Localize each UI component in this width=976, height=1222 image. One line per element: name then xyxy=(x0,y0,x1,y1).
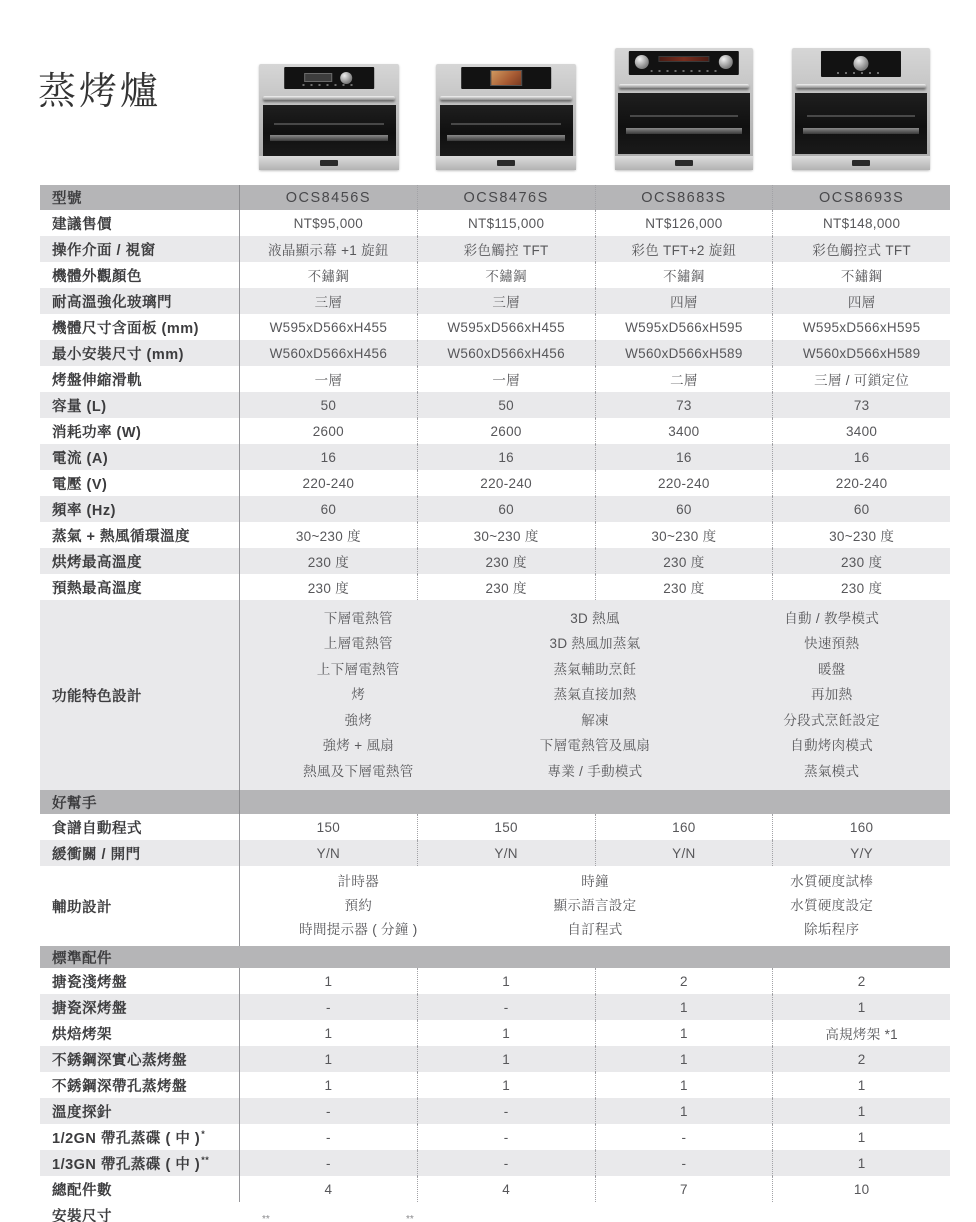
spec-value: 220-240 xyxy=(417,470,595,496)
spec-value: Y/N xyxy=(595,840,773,866)
spec-value: 彩色 TFT+2 旋鈕 xyxy=(595,236,773,262)
accessory-count: - xyxy=(417,1150,595,1176)
spec-value: 160 xyxy=(595,814,773,840)
feature-item: 專業 / 手動模式 xyxy=(477,759,714,785)
tray-reflection xyxy=(803,128,918,134)
accessory-row-third-gn-dish: 1/3GN 帶孔蒸碟 ( 中 )** - - - 1 xyxy=(40,1150,950,1176)
accessory-count: 1 xyxy=(417,1046,595,1072)
spec-value: 3400 xyxy=(772,418,950,444)
footnote-marker: ** xyxy=(201,1155,209,1165)
model-name: OCS8683S xyxy=(595,185,773,210)
base-strip xyxy=(792,156,930,170)
accessory-count: 1 xyxy=(595,1046,773,1072)
row-label: 最小安裝尺寸 (mm) xyxy=(40,340,240,366)
accessory-count: - xyxy=(417,1124,595,1150)
row-label-text: 1/3GN 帶孔蒸碟 ( 中 ) xyxy=(52,1153,200,1174)
spec-value: 50 xyxy=(240,392,417,418)
feature-item: 上下層電熱管 xyxy=(240,657,477,683)
accessory-count: 1 xyxy=(240,1046,417,1072)
row-label: 耐高溫強化玻璃門 xyxy=(40,288,240,314)
spec-value: 四層 xyxy=(772,288,950,314)
row-label: 機體尺寸含面板 (mm) xyxy=(40,314,240,340)
feature-item: 強烤 + 風扇 xyxy=(240,733,477,759)
control-knob-icon xyxy=(340,72,352,84)
spec-value: 16 xyxy=(417,444,595,470)
control-knob-icon xyxy=(719,55,733,69)
accessory-row-temp-probe: 溫度探針 - - 1 1 xyxy=(40,1098,950,1124)
oven-image-ocs8693s xyxy=(792,48,930,170)
row-label: 消耗功率 (W) xyxy=(40,418,240,444)
oven-image-ocs8476s xyxy=(436,64,576,170)
spec-row-price: 建議售價 NT$95,000 NT$115,000 NT$126,000 NT$… xyxy=(40,210,950,236)
feature-group-2: 3D 熱風 3D 熱風加蒸氣 蒸氣輔助烹飪 蒸氣直接加熱 解凍 下層電熱管及風扇… xyxy=(477,604,714,786)
helper-row-auto-programs: 食譜自動程式 150 150 160 160 xyxy=(40,814,950,840)
base-strip xyxy=(615,156,753,170)
spec-value: 60 xyxy=(417,496,595,522)
install-section-header: 安裝尺寸 xyxy=(40,1202,950,1222)
accessory-row-deep-pan: 搪瓷深烤盤 - - 1 1 xyxy=(40,994,950,1020)
brand-logo xyxy=(852,160,870,166)
accessory-count: 10 xyxy=(772,1176,950,1202)
spec-row-power: 消耗功率 (W) 2600 2600 3400 3400 xyxy=(40,418,950,444)
accessory-count: 1 xyxy=(772,1098,950,1124)
feature-item: 自動烤肉模式 xyxy=(713,733,950,759)
spec-value: Y/Y xyxy=(772,840,950,866)
control-panel xyxy=(821,51,901,77)
accessory-count: - xyxy=(595,1150,773,1176)
spec-value: Y/N xyxy=(417,840,595,866)
feature-groups: 下層電熱管 上層電熱管 上下層電熱管 烤 強烤 強烤 + 風扇 熱風及下層電熱管… xyxy=(240,600,950,790)
spec-row-glass-door: 耐高溫強化玻璃門 三層 三層 四層 四層 xyxy=(40,288,950,314)
row-label: 預熱最高溫度 xyxy=(40,574,240,600)
accessory-count: - xyxy=(240,1124,417,1150)
footnote-marker: * xyxy=(201,1129,205,1139)
spec-row-steam-temp: 蒸氣 + 熱風循環溫度 30~230 度 30~230 度 30~230 度 3… xyxy=(40,522,950,548)
page-title: 蒸烤爐 xyxy=(38,60,161,115)
tray-reflection xyxy=(630,115,737,117)
accessory-count: 1 xyxy=(240,968,417,994)
feature-item: 烤 xyxy=(240,682,477,708)
spec-value: NT$95,000 xyxy=(240,210,417,236)
spec-value: 不鏽鋼 xyxy=(772,262,950,288)
spec-value: W595xD566xH595 xyxy=(595,314,773,340)
spec-value: W595xD566xH595 xyxy=(772,314,950,340)
accessory-count: - xyxy=(595,1124,773,1150)
oven-image-ocs8456s xyxy=(259,64,399,170)
aux-group-2: 時鐘 顯示語言設定 自訂程式 xyxy=(477,870,714,942)
row-label: 型號 xyxy=(40,185,240,210)
door-handle xyxy=(440,96,572,100)
feature-item: 解凍 xyxy=(477,708,714,734)
accessory-row-total: 總配件數 4 4 7 10 xyxy=(40,1176,950,1202)
spec-value: Y/N xyxy=(240,840,417,866)
accessory-count: - xyxy=(240,1098,417,1124)
spec-row-interface: 操作介面 / 視窗 液晶顯示幕 +1 旋鈕 彩色觸控 TFT 彩色 TFT+2 … xyxy=(40,236,950,262)
feature-item: 3D 熱風 xyxy=(477,606,714,632)
spec-value: 220-240 xyxy=(595,470,773,496)
feature-item: 分段式烹飪設定 xyxy=(713,708,950,734)
spec-row-dimensions: 機體尺寸含面板 (mm) W595xD566xH455 W595xD566xH4… xyxy=(40,314,950,340)
spec-value: 230 度 xyxy=(240,548,417,574)
feature-group-3: 自動 / 教學模式 快速預熱 暖盤 再加熱 分段式烹飪設定 自動烤肉模式 蒸氣模… xyxy=(713,604,950,786)
spec-row-frequency: 頻率 (Hz) 60 60 60 60 xyxy=(40,496,950,522)
aux-item: 除垢程序 xyxy=(713,918,950,942)
footnote-fragment: ** xyxy=(406,1214,414,1222)
section-header-spacer xyxy=(240,946,950,968)
helper-section-header: 好幫手 xyxy=(40,790,950,814)
feature-item: 再加熱 xyxy=(713,682,950,708)
section-header-spacer xyxy=(240,1202,950,1222)
spec-value: 230 度 xyxy=(772,548,950,574)
aux-design-row: 輔助設計 計時器 預約 時間提示器 ( 分鐘 ) 時鐘 顯示語言設定 自訂程式 … xyxy=(40,866,950,946)
accessory-count: - xyxy=(240,1150,417,1176)
accessory-count: 4 xyxy=(417,1176,595,1202)
spec-value: 220-240 xyxy=(772,470,950,496)
section-header-spacer xyxy=(240,790,950,814)
spec-value: 液晶顯示幕 +1 旋鈕 xyxy=(240,236,417,262)
accessory-count: - xyxy=(417,1098,595,1124)
spec-value: 230 度 xyxy=(417,548,595,574)
accessory-count: 2 xyxy=(772,1046,950,1072)
spec-value: NT$148,000 xyxy=(772,210,950,236)
door-handle xyxy=(263,96,395,100)
spec-row-body-color: 機體外觀顏色 不鏽鋼 不鏽鋼 不鏽鋼 不鏽鋼 xyxy=(40,262,950,288)
spec-value: 一層 xyxy=(417,366,595,392)
tray-reflection xyxy=(447,135,564,141)
accessory-row-solid-steam-pan: 不銹鋼深實心蒸烤盤 1 1 1 2 xyxy=(40,1046,950,1072)
spec-value: 50 xyxy=(417,392,595,418)
accessory-count: 2 xyxy=(772,968,950,994)
tray-reflection xyxy=(626,128,741,134)
button-dots xyxy=(651,70,717,72)
spec-value: 60 xyxy=(595,496,773,522)
accessory-row-perforated-steam-pan: 不銹鋼深帶孔蒸烤盤 1 1 1 1 xyxy=(40,1072,950,1098)
row-label: 不銹鋼深帶孔蒸烤盤 xyxy=(40,1072,240,1098)
door-handle xyxy=(619,84,749,88)
feature-item: 上層電熱管 xyxy=(240,631,477,657)
spec-value: 一層 xyxy=(240,366,417,392)
tray-reflection xyxy=(270,135,387,141)
display-strip xyxy=(659,56,710,62)
accessory-count: 高規烤架 *1 xyxy=(772,1020,950,1046)
aux-item: 水質硬度設定 xyxy=(713,894,950,918)
spec-value: 60 xyxy=(240,496,417,522)
aux-group-3: 水質硬度試棒 水質硬度設定 除垢程序 xyxy=(713,870,950,942)
aux-item: 預約 xyxy=(240,894,477,918)
aux-item: 顯示語言設定 xyxy=(477,894,714,918)
spec-value: 30~230 度 xyxy=(595,522,773,548)
spec-value: NT$126,000 xyxy=(595,210,773,236)
spec-value: 2600 xyxy=(417,418,595,444)
row-label: 溫度探針 xyxy=(40,1098,240,1124)
section-label: 標準配件 xyxy=(40,946,240,968)
feature-item: 快速預熱 xyxy=(713,631,950,657)
spec-value: 不鏽鋼 xyxy=(240,262,417,288)
accessory-count: 7 xyxy=(595,1176,773,1202)
accessory-count: 1 xyxy=(595,994,773,1020)
spec-value: 四層 xyxy=(595,288,773,314)
row-label: 電流 (A) xyxy=(40,444,240,470)
feature-item: 蒸氣模式 xyxy=(713,759,950,785)
row-label: 1/3GN 帶孔蒸碟 ( 中 )** xyxy=(40,1150,240,1176)
door-handle xyxy=(796,84,926,88)
spec-value: W560xD566xH589 xyxy=(772,340,950,366)
oven-door-glass xyxy=(263,105,396,156)
row-label: 緩衝關 / 開門 xyxy=(40,840,240,866)
feature-group-1: 下層電熱管 上層電熱管 上下層電熱管 烤 強烤 強烤 + 風扇 熱風及下層電熱管 xyxy=(240,604,477,786)
spec-value: 不鏽鋼 xyxy=(417,262,595,288)
brand-logo xyxy=(675,160,693,166)
aux-item: 水質硬度試棒 xyxy=(713,870,950,894)
accessory-count: 1 xyxy=(595,1020,773,1046)
accessory-count: 1 xyxy=(772,1124,950,1150)
footnote-fragment: ** xyxy=(262,1214,270,1222)
aux-group-1: 計時器 預約 時間提示器 ( 分鐘 ) xyxy=(240,870,477,942)
row-label: 頻率 (Hz) xyxy=(40,496,240,522)
spec-value: 73 xyxy=(772,392,950,418)
spec-value: W560xD566xH456 xyxy=(417,340,595,366)
button-dots xyxy=(302,84,356,86)
feature-item: 3D 熱風加蒸氣 xyxy=(477,631,714,657)
spec-value: W560xD566xH456 xyxy=(240,340,417,366)
row-label: 機體外觀顏色 xyxy=(40,262,240,288)
section-label: 好幫手 xyxy=(40,790,240,814)
row-label: 1/2GN 帶孔蒸碟 ( 中 )* xyxy=(40,1124,240,1150)
control-panel xyxy=(284,67,374,89)
row-label: 不銹鋼深實心蒸烤盤 xyxy=(40,1046,240,1072)
row-label: 搪瓷淺烤盤 xyxy=(40,968,240,994)
row-label: 食譜自動程式 xyxy=(40,814,240,840)
spec-row-capacity: 容量 (L) 50 50 73 73 xyxy=(40,392,950,418)
control-panel xyxy=(629,51,739,75)
spec-value: 16 xyxy=(240,444,417,470)
button-dots xyxy=(837,72,885,74)
spec-value: 30~230 度 xyxy=(772,522,950,548)
aux-item: 時鐘 xyxy=(477,870,714,894)
accessory-row-half-gn-dish: 1/2GN 帶孔蒸碟 ( 中 )* - - - 1 xyxy=(40,1124,950,1150)
accessory-count: 2 xyxy=(595,968,773,994)
row-label: 烘烤最高溫度 xyxy=(40,548,240,574)
accessory-row-baking-rack: 烘焙烤架 1 1 1 高規烤架 *1 xyxy=(40,1020,950,1046)
spec-row-bake-max-temp: 烘烤最高溫度 230 度 230 度 230 度 230 度 xyxy=(40,548,950,574)
accessory-count: 4 xyxy=(240,1176,417,1202)
spec-value: 二層 xyxy=(595,366,773,392)
row-label: 蒸氣 + 熱風循環溫度 xyxy=(40,522,240,548)
feature-item: 下層電熱管及風扇 xyxy=(477,733,714,759)
accessory-count: - xyxy=(417,994,595,1020)
model-name: OCS8693S xyxy=(772,185,950,210)
row-label: 操作介面 / 視窗 xyxy=(40,236,240,262)
spec-value: 30~230 度 xyxy=(240,522,417,548)
tray-reflection xyxy=(807,115,914,117)
row-label: 容量 (L) xyxy=(40,392,240,418)
model-name: OCS8456S xyxy=(240,185,417,210)
feature-item: 蒸氣輔助烹飪 xyxy=(477,657,714,683)
feature-item: 自動 / 教學模式 xyxy=(713,606,950,632)
row-label: 搪瓷深烤盤 xyxy=(40,994,240,1020)
spec-value: 16 xyxy=(772,444,950,470)
accessory-count: 1 xyxy=(417,1072,595,1098)
tft-touchscreen xyxy=(490,70,522,86)
brand-logo xyxy=(320,160,338,166)
tray-reflection xyxy=(274,123,383,125)
row-label: 輔助設計 xyxy=(40,866,240,946)
feature-item: 強烤 xyxy=(240,708,477,734)
spec-value: NT$115,000 xyxy=(417,210,595,236)
row-label: 烤盤伸縮滑軌 xyxy=(40,366,240,392)
spec-value: 三層 / 可鎖定位 xyxy=(772,366,950,392)
spec-value: W595xD566xH455 xyxy=(240,314,417,340)
spec-value: 三層 xyxy=(240,288,417,314)
spec-value: 16 xyxy=(595,444,773,470)
spec-value: 3400 xyxy=(595,418,773,444)
oven-image-ocs8683s xyxy=(615,48,753,170)
accessory-count: 1 xyxy=(772,1150,950,1176)
spec-row-current: 電流 (A) 16 16 16 16 xyxy=(40,444,950,470)
helper-row-soft-close: 緩衝關 / 開門 Y/N Y/N Y/N Y/Y xyxy=(40,840,950,866)
control-knob-icon xyxy=(854,56,869,71)
row-label: 電壓 (V) xyxy=(40,470,240,496)
aux-item: 自訂程式 xyxy=(477,918,714,942)
accessory-count: 1 xyxy=(417,968,595,994)
row-label: 總配件數 xyxy=(40,1176,240,1202)
spec-value: 230 度 xyxy=(772,574,950,600)
aux-item: 計時器 xyxy=(240,870,477,894)
model-name: OCS8476S xyxy=(417,185,595,210)
spec-table: 型號 OCS8456S OCS8476S OCS8683S OCS8693S 建… xyxy=(40,185,950,1222)
spec-value: 150 xyxy=(417,814,595,840)
spec-row-voltage: 電壓 (V) 220-240 220-240 220-240 220-240 xyxy=(40,470,950,496)
brand-logo xyxy=(497,160,515,166)
base-strip xyxy=(436,156,576,170)
accessories-section-header: 標準配件 xyxy=(40,946,950,968)
spec-value: 不鏽鋼 xyxy=(595,262,773,288)
spec-value: 60 xyxy=(772,496,950,522)
row-label-text: 1/2GN 帶孔蒸碟 ( 中 ) xyxy=(52,1127,200,1148)
control-knob-icon xyxy=(635,55,649,69)
accessory-count: - xyxy=(240,994,417,1020)
spec-value: W560xD566xH589 xyxy=(595,340,773,366)
section-label: 安裝尺寸 xyxy=(40,1202,240,1222)
spec-value: 160 xyxy=(772,814,950,840)
spec-value: 230 度 xyxy=(240,574,417,600)
oven-door-glass xyxy=(618,93,749,154)
accessory-count: 1 xyxy=(417,1020,595,1046)
tray-reflection xyxy=(451,123,560,125)
row-label: 建議售價 xyxy=(40,210,240,236)
spec-value: 230 度 xyxy=(417,574,595,600)
spec-value: 2600 xyxy=(240,418,417,444)
spec-value: 73 xyxy=(595,392,773,418)
spec-value: 150 xyxy=(240,814,417,840)
accessory-count: 1 xyxy=(595,1072,773,1098)
accessory-count: 1 xyxy=(240,1072,417,1098)
row-label: 功能特色設計 xyxy=(40,600,240,790)
accessory-count: 1 xyxy=(595,1098,773,1124)
control-panel xyxy=(461,67,551,89)
aux-item: 時間提示器 ( 分鐘 ) xyxy=(240,918,477,942)
spec-value: 30~230 度 xyxy=(417,522,595,548)
spec-value: 彩色觸控式 TFT xyxy=(772,236,950,262)
feature-item: 下層電熱管 xyxy=(240,606,477,632)
spec-value: 彩色觸控 TFT xyxy=(417,236,595,262)
spec-row-sliding-rail: 烤盤伸縮滑軌 一層 一層 二層 三層 / 可鎖定位 xyxy=(40,366,950,392)
base-strip xyxy=(259,156,399,170)
spec-value: 230 度 xyxy=(595,574,773,600)
lcd-display xyxy=(304,73,332,82)
spec-value: 三層 xyxy=(417,288,595,314)
feature-item: 熱風及下層電熱管 xyxy=(240,759,477,785)
feature-design-row: 功能特色設計 下層電熱管 上層電熱管 上下層電熱管 烤 強烤 強烤 + 風扇 熱… xyxy=(40,600,950,790)
spec-value: W595xD566xH455 xyxy=(417,314,595,340)
oven-door-glass xyxy=(440,105,573,156)
accessory-row-shallow-pan: 搪瓷淺烤盤 1 1 2 2 xyxy=(40,968,950,994)
feature-item: 暖盤 xyxy=(713,657,950,683)
row-label: 烘焙烤架 xyxy=(40,1020,240,1046)
feature-item: 蒸氣直接加熱 xyxy=(477,682,714,708)
model-header-row: 型號 OCS8456S OCS8476S OCS8683S OCS8693S xyxy=(40,185,950,210)
accessory-count: 1 xyxy=(240,1020,417,1046)
aux-groups: 計時器 預約 時間提示器 ( 分鐘 ) 時鐘 顯示語言設定 自訂程式 水質硬度試… xyxy=(240,866,950,946)
oven-door-glass xyxy=(795,93,926,154)
spec-value: 220-240 xyxy=(240,470,417,496)
accessory-count: 1 xyxy=(772,994,950,1020)
spec-row-preheat-max-temp: 預熱最高溫度 230 度 230 度 230 度 230 度 xyxy=(40,574,950,600)
spec-row-min-install: 最小安裝尺寸 (mm) W560xD566xH456 W560xD566xH45… xyxy=(40,340,950,366)
spec-value: 230 度 xyxy=(595,548,773,574)
accessory-count: 1 xyxy=(772,1072,950,1098)
